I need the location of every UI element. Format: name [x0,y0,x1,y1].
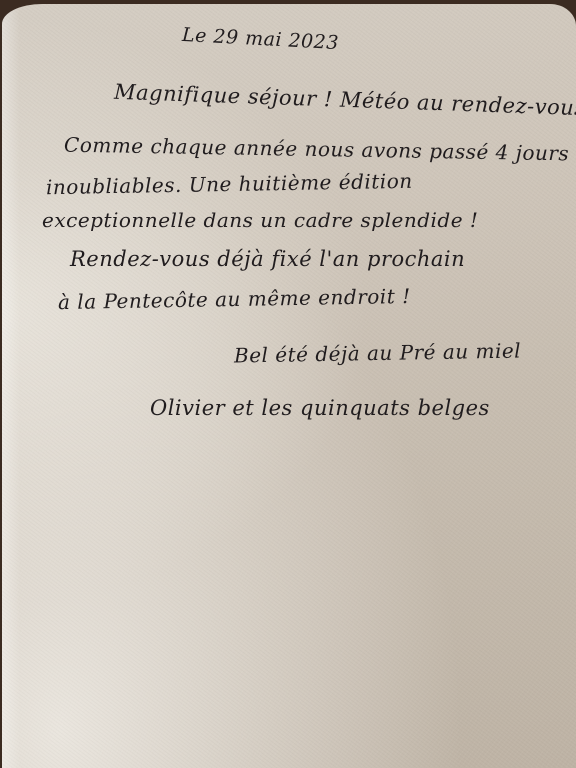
handwritten-line-2: Comme chaque année nous avons passé 4 jo… [64,133,570,166]
handwritten-line-6: à la Pentecôte au même endroit ! [58,284,411,314]
handwritten-line-5: Rendez-vous déjà fixé l'an prochain [70,247,465,271]
photo-scene: Le 29 mai 2023 Magnifique séjour ! Météo… [0,0,576,768]
handwritten-date: Le 29 mai 2023 [182,24,340,54]
handwritten-line-1: Magnifique séjour ! Météo au rendez-vous [114,80,576,120]
notebook-page: Le 29 mai 2023 Magnifique séjour ! Météo… [2,4,576,768]
handwritten-signature: Olivier et les quinquats belges [150,396,490,420]
handwritten-line-3: inoubliables. Une huitième édition [46,169,413,199]
handwritten-line-4: exceptionnelle dans un cadre splendide ! [42,208,478,232]
handwritten-closing: Bel été déjà au Pré au miel [234,338,521,367]
